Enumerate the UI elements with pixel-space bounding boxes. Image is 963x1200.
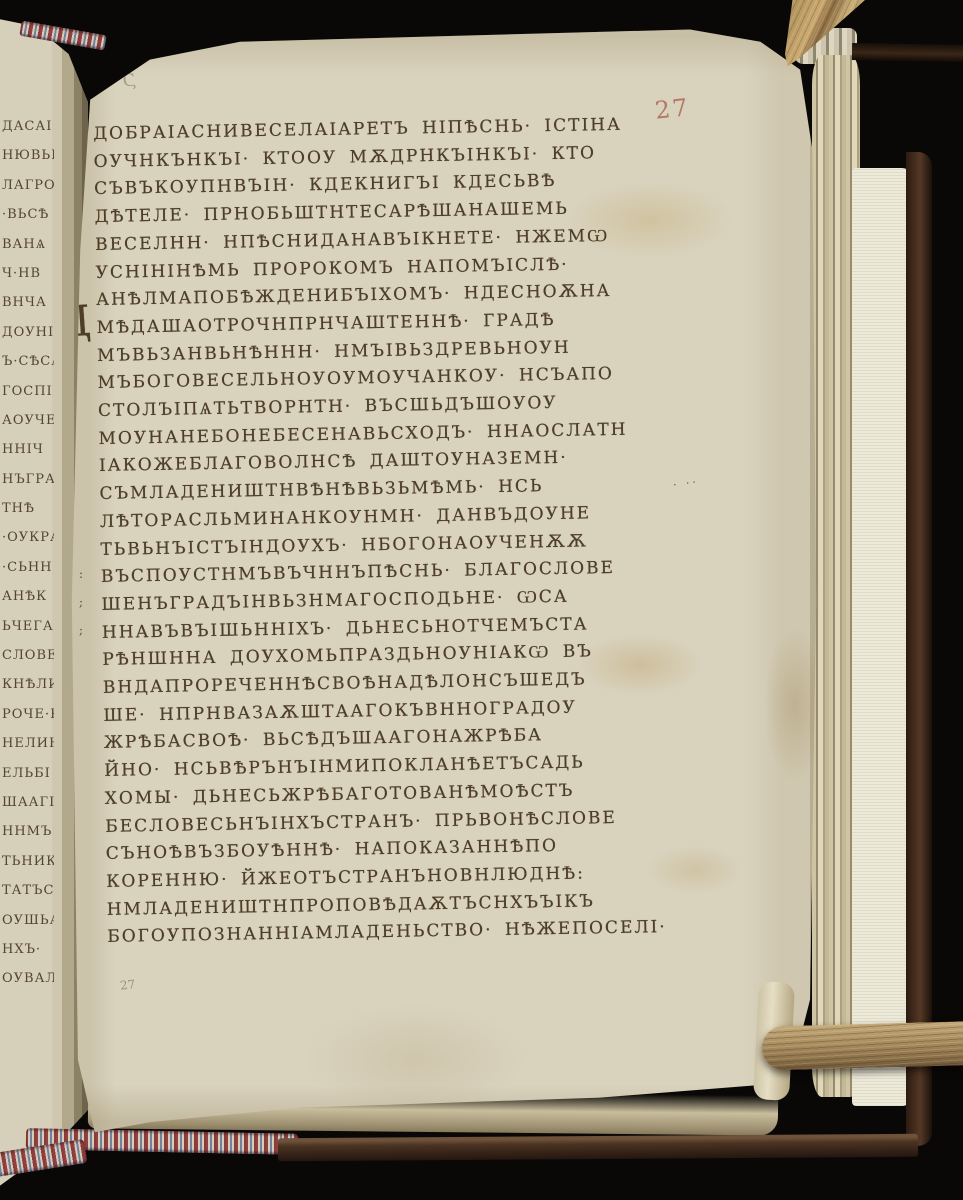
margin-dots: · ··	[672, 475, 700, 491]
left-fragment: ·ВЬСѢ	[2, 200, 54, 229]
modern-paper-block-edge	[852, 168, 912, 1106]
left-fragment: АНѢК	[2, 582, 54, 611]
left-fragment: ТАТЪС	[2, 876, 54, 905]
cover-right-edge	[906, 152, 932, 1146]
left-fragment: ДАСАІ	[2, 112, 54, 141]
margin-mark: ;	[79, 623, 83, 637]
left-fragment: ТЬНИК	[2, 847, 54, 876]
left-fragment: Ч·НВ	[2, 259, 54, 288]
left-fragment: РОЧЕ·К	[2, 700, 54, 729]
left-fragment: ЬЧЕГА	[2, 612, 54, 641]
left-fragment: ЛАГРО	[2, 171, 54, 200]
left-fragment: НЪГРА	[2, 465, 54, 494]
margin-mark: ;	[79, 595, 83, 609]
left-fragment: ОУШЬАН	[2, 906, 54, 935]
left-fragment: ШААГІ	[2, 788, 54, 817]
left-fragment: ·СЬНН	[2, 553, 54, 582]
left-fragment: ЕЛЬБІ	[2, 759, 54, 788]
left-fragment: ННМЪ	[2, 817, 54, 846]
margin-mark: :	[79, 567, 83, 581]
manuscript-page: Ϛ 27 Д : ; ; · ·· ДОБРАІАСНИВЕСЕЛАІАРЕТЪ…	[55, 25, 820, 1140]
left-page-text-fragments: ДАСАІ НЮВЬН ЛАГРО ·ВЬСѢ ВАНѦ Ч·НВ ВНЧА Д…	[2, 112, 54, 1012]
wooden-pointer-bottom-icon	[761, 1021, 963, 1070]
left-fragment: ВАНѦ	[2, 230, 54, 259]
left-fragment: НХЪ·	[2, 935, 54, 964]
left-fragment: ТНѢ	[2, 494, 54, 523]
left-fragment: НЮВЬН	[2, 141, 54, 170]
left-fragment: ·ОУКРА	[2, 523, 54, 552]
pencil-foliation: 27	[119, 977, 136, 993]
left-fragment: ОУВАЛИ	[2, 964, 54, 993]
manuscript-photo-scene: ДАСАІ НЮВЬН ЛАГРО ·ВЬСѢ ВАНѦ Ч·НВ ВНЧА Д…	[0, 0, 963, 1200]
left-fragment: Ъ·СѢСѦ	[2, 347, 54, 376]
text-block: ДОБРАІАСНИВЕСЕЛАІАРЕТЪ НІПѢСНЬ· ІСТІНА О…	[93, 111, 682, 952]
corner-pen-mark: Ϛ	[121, 70, 138, 92]
left-fragment: ГОСПІ	[2, 377, 54, 406]
cover-bottom-edge	[278, 1134, 918, 1161]
left-fragment: НЕЛИН	[2, 729, 54, 758]
left-fragment: КНѢЛИ	[2, 670, 54, 699]
left-fragment: ННІЧ	[2, 435, 54, 464]
cover-top-edge	[852, 43, 963, 62]
left-fragment: АОУЧЕ	[2, 406, 54, 435]
left-fragment: ДОУНІ	[2, 318, 54, 347]
left-fragment: СЛОВЕШ	[2, 641, 54, 670]
left-fragment: ВНЧА	[2, 288, 54, 317]
